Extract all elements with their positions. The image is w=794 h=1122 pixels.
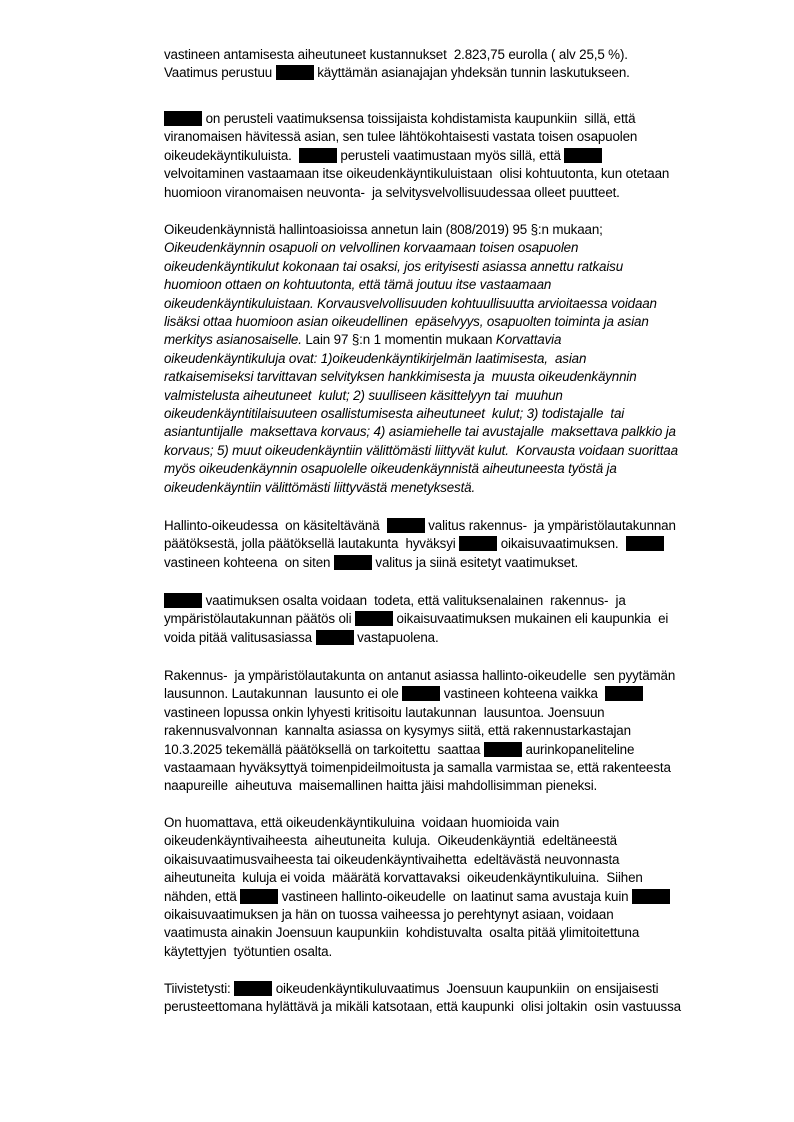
quoted-law-text: Korvattavia bbox=[496, 332, 561, 347]
text-line: 10.3.2025 tekemällä päätöksellä on tarko… bbox=[164, 741, 634, 759]
body-text: Hallinto-oikeudessa on käsiteltävänä bbox=[164, 518, 387, 533]
text-line: oikeudenkäyntitilaisuuteen osallistumise… bbox=[164, 405, 624, 423]
body-text: velvoitaminen vastaamaan itse oikeudenkä… bbox=[164, 166, 669, 181]
body-text: valitus ja siinä esitetyt vaatimukset. bbox=[372, 555, 578, 570]
text-line: ratkaisemiseksi tarvittavan selvityksen … bbox=[164, 368, 637, 386]
quoted-law-text: oikeudenkäyntitilaisuuteen osallistumise… bbox=[164, 406, 624, 421]
text-line: myös oikeudenkäynnin osapuolelle oikeude… bbox=[164, 460, 617, 478]
body-text: valitus rakennus- ja ympäristölautakunna… bbox=[425, 518, 676, 533]
body-text: oikeudenkäyntikuluvaatimus Joensuun kaup… bbox=[272, 981, 658, 996]
quoted-law-text: asiantuntijalle maksettava korvaus; 4) a… bbox=[164, 424, 676, 439]
redaction-box bbox=[387, 518, 425, 533]
body-text: Tiivistetysti: bbox=[164, 981, 234, 996]
text-line: viranomaisen hävitessä asian, sen tulee … bbox=[164, 128, 637, 146]
redaction-box bbox=[564, 148, 602, 163]
body-text: oikeudekäyntikuluista. bbox=[164, 148, 299, 163]
text-line: oikaisuvaatimusvaiheesta tai oikeudenkäy… bbox=[164, 851, 619, 869]
body-text: perusteettomana hylättävä ja mikäli kats… bbox=[164, 999, 681, 1014]
body-text: perusteli vaatimustaan myös sillä, että bbox=[337, 148, 565, 163]
text-line: oikeudekäyntikuluista. perusteli vaatimu… bbox=[164, 147, 602, 165]
redaction-box bbox=[355, 611, 393, 626]
redaction-box bbox=[316, 630, 354, 645]
body-text: oikaisuvaatimusvaiheesta tai oikeudenkäy… bbox=[164, 852, 619, 867]
redaction-box bbox=[605, 686, 643, 701]
body-text: oikaisuvaatimuksen. bbox=[497, 536, 625, 551]
quoted-law-text: oikeudenkäyntikuluistaan. Korvausvelvoll… bbox=[164, 296, 657, 311]
redaction-box bbox=[459, 536, 497, 551]
quoted-law-text: merkitys asianosaiselle. bbox=[164, 332, 302, 347]
body-text: aurinkopaneliteline bbox=[522, 742, 634, 757]
body-text: oikeudenkäyntivaiheesta aiheutuneita kul… bbox=[164, 833, 617, 848]
text-line: nähden, että vastineen hallinto-oikeudel… bbox=[164, 888, 670, 906]
quoted-law-text: Oikeudenkäynnin osapuoli on velvollinen … bbox=[164, 240, 578, 255]
body-text: viranomaisen hävitessä asian, sen tulee … bbox=[164, 129, 637, 144]
text-line: lisäksi ottaa huomioon asian oikeudellin… bbox=[164, 313, 649, 331]
body-text: lausunnon. Lautakunnan lausunto ei ole bbox=[164, 686, 402, 701]
text-line: merkitys asianosaiselle. Lain 97 §:n 1 m… bbox=[164, 331, 561, 349]
body-text: vaatimuksen osalta voidaan todeta, että … bbox=[202, 593, 626, 608]
quoted-law-text: oikeudenkäyntikuluja ovat: 1)oikeudenkäy… bbox=[164, 351, 586, 366]
body-text: Oikeudenkäynnistä hallintoasioissa annet… bbox=[164, 222, 603, 237]
text-line: Tiivistetysti: oikeudenkäyntikuluvaatimu… bbox=[164, 980, 658, 998]
quoted-law-text: oikeudenkäyntiin välittömästi liittyväst… bbox=[164, 480, 475, 495]
text-line: Oikeudenkäynnistä hallintoasioissa annet… bbox=[164, 221, 603, 239]
text-line: oikeudenkäyntivaiheesta aiheutuneita kul… bbox=[164, 832, 617, 850]
text-line: velvoitaminen vastaamaan itse oikeudenkä… bbox=[164, 165, 669, 183]
body-text: vastineen lopussa onkin lyhyesti kritiso… bbox=[164, 705, 604, 720]
body-text: oikaisuvaatimuksen mukainen eli kaupunki… bbox=[393, 611, 668, 626]
redaction-box bbox=[632, 889, 670, 904]
redaction-box bbox=[484, 742, 522, 757]
redaction-box bbox=[334, 555, 372, 570]
body-text: Lain 97 §:n 1 momentin mukaan bbox=[302, 332, 496, 347]
text-line: oikeudenkäyntikuluistaan. Korvausvelvoll… bbox=[164, 295, 657, 313]
body-text: vastineen kohteena vaikka bbox=[440, 686, 605, 701]
text-line: vaatimuksen osalta voidaan todeta, että … bbox=[164, 592, 626, 610]
text-line: päätöksestä, jolla päätöksellä lautakunt… bbox=[164, 535, 664, 553]
quoted-law-text: oikeudenkäyntikulut kokonaan tai osaksi,… bbox=[164, 259, 623, 274]
text-line: On huomattava, että oikeudenkäyntikuluin… bbox=[164, 814, 559, 832]
text-line: käytettyjen työtuntien osalta. bbox=[164, 943, 332, 961]
text-line: naapureille aiheutuva maisemallinen hait… bbox=[164, 777, 597, 795]
redaction-box bbox=[299, 148, 337, 163]
quoted-law-text: huomioon ottaen on kohtuutonta, että täm… bbox=[164, 277, 551, 292]
body-text: vastineen kohteena on siten bbox=[164, 555, 334, 570]
text-line: oikeudenkäyntikuluja ovat: 1)oikeudenkäy… bbox=[164, 350, 586, 368]
redaction-box bbox=[164, 593, 202, 608]
body-text: oikaisuvaatimuksen ja hän on tuossa vaih… bbox=[164, 907, 614, 922]
text-line: aiheutuneita kuluja ei voida määrätä kor… bbox=[164, 869, 643, 887]
text-line: ympäristölautakunnan päätös oli oikaisuv… bbox=[164, 610, 668, 628]
redaction-box bbox=[164, 111, 202, 126]
text-line: huomioon viranomaisen neuvonta- ja selvi… bbox=[164, 184, 620, 202]
text-line: huomioon ottaen on kohtuutonta, että täm… bbox=[164, 276, 551, 294]
redaction-box bbox=[276, 65, 314, 80]
body-text: vastapuolena. bbox=[354, 630, 439, 645]
redaction-box bbox=[402, 686, 440, 701]
body-text: voida pitää valitusasiassa bbox=[164, 630, 316, 645]
body-text: käytettyjen työtuntien osalta. bbox=[164, 944, 332, 959]
text-line: Vaatimus perustuu käyttämän asianajajan … bbox=[164, 64, 630, 82]
body-text: naapureille aiheutuva maisemallinen hait… bbox=[164, 778, 597, 793]
text-line: lausunnon. Lautakunnan lausunto ei ole v… bbox=[164, 685, 643, 703]
body-text: käyttämän asianajajan yhdeksän tunnin la… bbox=[314, 65, 630, 80]
redaction-box bbox=[234, 981, 272, 996]
body-text: 10.3.2025 tekemällä päätöksellä on tarko… bbox=[164, 742, 484, 757]
quoted-law-text: valmistelusta aiheutuneet kulut; 2) suul… bbox=[164, 388, 563, 403]
body-text: rakennusvalvonnan kannalta asiassa on ky… bbox=[164, 723, 631, 738]
redaction-box bbox=[240, 889, 278, 904]
body-text: ympäristölautakunnan päätös oli bbox=[164, 611, 355, 626]
text-line: korvaus; 5) muut oikeudenkäyntiin välitt… bbox=[164, 442, 678, 460]
quoted-law-text: lisäksi ottaa huomioon asian oikeudellin… bbox=[164, 314, 649, 329]
redaction-box bbox=[626, 536, 664, 551]
body-text: vastaamaan hyväksyttyä toimenpideilmoitu… bbox=[164, 760, 671, 775]
text-line: vastineen kohteena on siten valitus ja s… bbox=[164, 554, 578, 572]
text-line: vastaamaan hyväksyttyä toimenpideilmoitu… bbox=[164, 759, 671, 777]
text-line: Oikeudenkäynnin osapuoli on velvollinen … bbox=[164, 239, 578, 257]
text-line: oikaisuvaatimuksen ja hän on tuossa vaih… bbox=[164, 906, 614, 924]
text-line: perusteettomana hylättävä ja mikäli kats… bbox=[164, 998, 681, 1016]
text-line: on perusteli vaatimuksensa toissijaista … bbox=[164, 110, 635, 128]
text-line: valmistelusta aiheutuneet kulut; 2) suul… bbox=[164, 387, 563, 405]
text-line: Hallinto-oikeudessa on käsiteltävänä val… bbox=[164, 517, 676, 535]
text-line: oikeudenkäyntikulut kokonaan tai osaksi,… bbox=[164, 258, 623, 276]
quoted-law-text: korvaus; 5) muut oikeudenkäyntiin välitt… bbox=[164, 443, 678, 458]
document-page: vastineen antamisesta aiheutuneet kustan… bbox=[0, 0, 794, 1122]
text-line: vastineen antamisesta aiheutuneet kustan… bbox=[164, 46, 628, 64]
text-line: vaatimusta ainakin Joensuun kaupunkiin k… bbox=[164, 924, 639, 942]
body-text: Rakennus- ja ympäristölautakunta on anta… bbox=[164, 668, 675, 683]
body-text: nähden, että bbox=[164, 889, 240, 904]
body-text: päätöksestä, jolla päätöksellä lautakunt… bbox=[164, 536, 459, 551]
text-line: rakennusvalvonnan kannalta asiassa on ky… bbox=[164, 722, 631, 740]
body-text: Vaatimus perustuu bbox=[164, 65, 276, 80]
body-text: aiheutuneita kuluja ei voida määrätä kor… bbox=[164, 870, 643, 885]
quoted-law-text: ratkaisemiseksi tarvittavan selvityksen … bbox=[164, 369, 637, 384]
body-text: On huomattava, että oikeudenkäyntikuluin… bbox=[164, 815, 559, 830]
text-line: asiantuntijalle maksettava korvaus; 4) a… bbox=[164, 423, 676, 441]
body-text: vaatimusta ainakin Joensuun kaupunkiin k… bbox=[164, 925, 639, 940]
text-line: vastineen lopussa onkin lyhyesti kritiso… bbox=[164, 704, 604, 722]
body-text: on perusteli vaatimuksensa toissijaista … bbox=[202, 111, 635, 126]
quoted-law-text: myös oikeudenkäynnin osapuolelle oikeude… bbox=[164, 461, 617, 476]
text-line: oikeudenkäyntiin välittömästi liittyväst… bbox=[164, 479, 475, 497]
text-line: voida pitää valitusasiassa vastapuolena. bbox=[164, 629, 439, 647]
body-text: vastineen hallinto-oikeudelle on laatinu… bbox=[278, 889, 632, 904]
body-text: vastineen antamisesta aiheutuneet kustan… bbox=[164, 47, 628, 62]
body-text: huomioon viranomaisen neuvonta- ja selvi… bbox=[164, 185, 620, 200]
text-line: Rakennus- ja ympäristölautakunta on anta… bbox=[164, 667, 675, 685]
